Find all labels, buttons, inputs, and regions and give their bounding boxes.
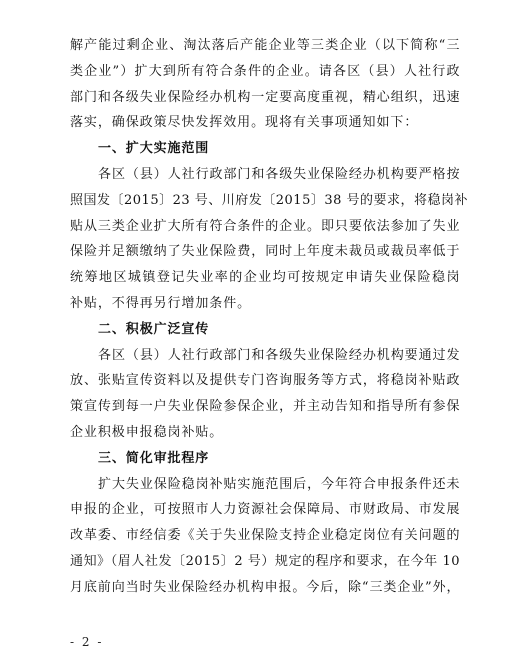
text-line: 统筹地区城镇登记失业率的企业均可按规定申请失业保险稳岗 [70,265,460,291]
text-line: 通知》（眉人社发〔2015〕2 号）规定的程序和要求，在今年 10 [70,549,460,575]
section-heading: 三、简化审批程序 [70,446,460,472]
text-line: 贴从三类企业扩大所有符合条件的企业。即只要依法参加了失业 [70,214,460,240]
section-heading: 一、扩大实施范围 [70,136,460,162]
document-page: 解产能过剩企业、淘汰落后产能企业等三类企业（以下简称“三 类企业”）扩大到所有符… [70,33,460,601]
section-heading: 二、积极广泛宣传 [70,317,460,343]
text-line: 照国发〔2015〕23 号、川府发〔2015〕38 号的要求，将稳岗补 [70,188,460,214]
text-line: 申报的企业，可按照市人力资源社会保障局、市财政局、市发展 [70,497,460,523]
text-line: 部门和各级失业保险经办机构一定要高度重视，精心组织，迅速 [70,85,460,111]
text-line: 各区（县）人社行政部门和各级失业保险经办机构要严格按 [70,162,460,188]
text-line: 放、张贴宣传资料以及提供专门咨询服务等方式，将稳岗补贴政 [70,368,460,394]
text-line: 类企业”）扩大到所有符合条件的企业。请各区（县）人社行政 [70,59,460,85]
section-simplify-approval: 三、简化审批程序 扩大失业保险稳岗补贴实施范围后，今年符合申报条件还未 申报的企… [70,446,460,601]
page-number: - 2 - [70,633,103,651]
text-line: 各区（县）人社行政部门和各级失业保险经办机构要通过发 [70,343,460,369]
section-expand-scope: 一、扩大实施范围 各区（县）人社行政部门和各级失业保险经办机构要严格按 照国发〔… [70,136,460,317]
text-line: 月底前向当时失业保险经办机构申报。今后，除“三类企业”外， [70,575,460,601]
text-line: 策宣传到每一户失业保险参保企业，并主动告知和指导所有参保 [70,394,460,420]
section-publicity: 二、积极广泛宣传 各区（县）人社行政部门和各级失业保险经办机构要通过发 放、张贴… [70,317,460,446]
text-line: 解产能过剩企业、淘汰落后产能企业等三类企业（以下简称“三 [70,33,460,59]
intro-paragraph: 解产能过剩企业、淘汰落后产能企业等三类企业（以下简称“三 类企业”）扩大到所有符… [70,33,460,136]
text-line: 落实，确保政策尽快发挥效用。现将有关事项通知如下： [70,110,460,136]
text-line: 企业积极申报稳岗补贴。 [70,420,460,446]
text-line: 补贴，不得再另行增加条件。 [70,291,460,317]
text-line: 改革委、市经信委《关于失业保险支持企业稳定岗位有关问题的 [70,523,460,549]
text-line: 保险并足额缴纳了失业保险费，同时上年度未裁员或裁员率低于 [70,239,460,265]
text-line: 扩大失业保险稳岗补贴实施范围后，今年符合申报条件还未 [70,472,460,498]
